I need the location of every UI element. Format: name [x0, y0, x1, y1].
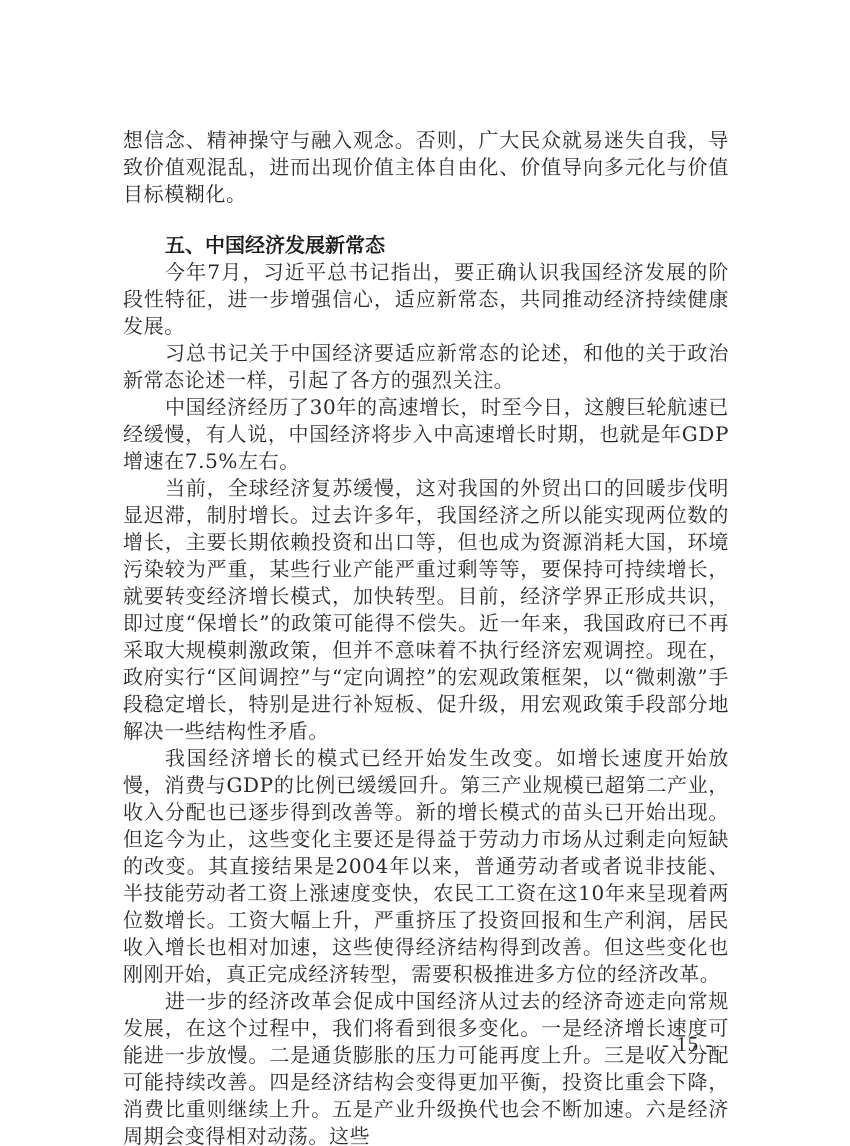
paragraph-1: 今年7月，习近平总书记指出，要正确认识我国经济发展的阶段性特征，进一步增强信心，… — [123, 259, 729, 340]
paragraph-6: 进一步的经济改革会促成中国经济从过去的经济奇迹走向常规发展，在这个过程中，我们将… — [123, 988, 729, 1146]
paragraph-2: 习总书记关于中国经济要适应新常态的论述，和他的关于政治新常态论述一样，引起了各方… — [123, 340, 729, 394]
paragraph-5: 我国经济增长的模式已经开始发生改变。如增长速度开始放慢，消费与GDP的比例已缓缓… — [123, 745, 729, 988]
page-number: - 15 - — [662, 1032, 714, 1057]
paragraph-3: 中国经济经历了30年的高速增长，时至今日，这艘巨轮航速已经缓慢，有人说，中国经济… — [123, 394, 729, 475]
paragraph-4: 当前，全球经济复苏缓慢，这对我国的外贸出口的回暖步伐明显迟滞，制肘增长。过去许多… — [123, 475, 729, 745]
continued-paragraph: 想信念、精神操守与融入观念。否则，广大民众就易迷失自我，导致价值观混乱，进而出现… — [123, 127, 729, 208]
section-heading: 五、中国经济发展新常态 — [123, 232, 729, 259]
document-page: 想信念、精神操守与融入观念。否则，广大民众就易迷失自我，导致价值观混乱，进而出现… — [123, 127, 729, 1146]
